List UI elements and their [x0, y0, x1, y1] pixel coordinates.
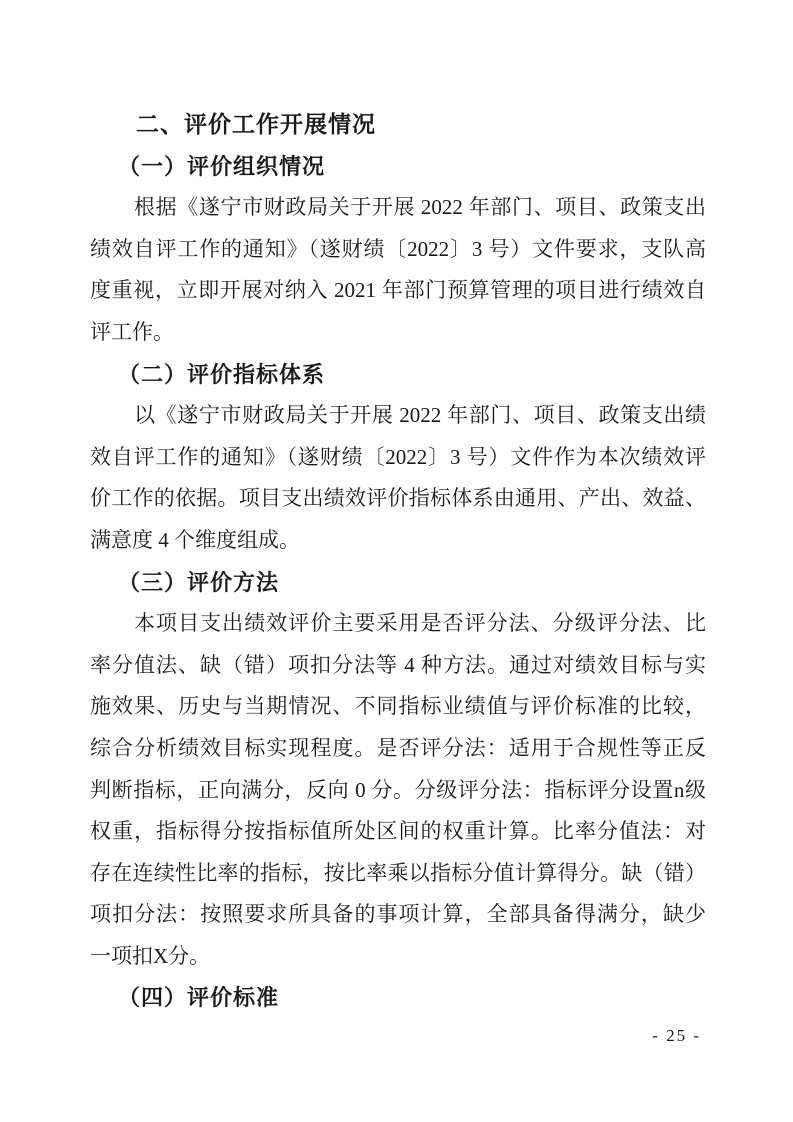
page-canvas: 二、评价工作开展情况（一）评价组织情况根据《遂宁市财政局关于开展 2022 年部… — [0, 0, 793, 1122]
body-text-line: 项扣分法：按照要求所具备的事项计算，全部具备得满分，缺少 — [90, 894, 706, 936]
body-text-line: 施效果、历史与当期情况、不同指标业绩值与评价标准的比较， — [90, 686, 706, 728]
body-text-line: 根据《遂宁市财政局关于开展 2022 年部门、项目、政策支出 — [90, 187, 706, 229]
body-text-line: 价工作的依据。项目支出绩效评价指标体系由通用、产出、效益、 — [90, 478, 706, 520]
body-text-line: 绩效自评工作的通知》（遂财绩〔2022〕3 号）文件要求，支队高 — [90, 229, 706, 271]
body-text-line: 本项目支出绩效评价主要采用是否评分法、分级评分法、比 — [90, 603, 706, 645]
subsection-heading: （三）评价方法 — [90, 562, 706, 604]
section-heading: 二、评价工作开展情况 — [90, 104, 706, 146]
body-text-line: 一项扣X分。 — [90, 936, 706, 978]
subsection-heading: （一）评价组织情况 — [90, 146, 706, 188]
body-text-line: 以《遂宁市财政局关于开展 2022 年部门、项目、政策支出绩 — [90, 395, 706, 437]
document-page: { "page": { "background": "#ffffff", "te… — [0, 0, 793, 1122]
page-number: - 25 - — [652, 1026, 701, 1046]
body-text-line: 度重视，立即开展对纳入 2021 年部门预算管理的项目进行绩效自 — [90, 270, 706, 312]
subsection-heading: （四）评价标准 — [90, 977, 706, 1019]
body-text-line: 率分值法、缺（错）项扣分法等 4 种方法。通过对绩效目标与实 — [90, 645, 706, 687]
body-text-line: 综合分析绩效目标实现程度。是否评分法：适用于合规性等正反 — [90, 728, 706, 770]
body-text-line: 判断指标，正向满分，反向 0 分。分级评分法：指标评分设置n级 — [90, 770, 706, 812]
body-text-line: 评工作。 — [90, 312, 706, 354]
body-text-line: 权重，指标得分按指标值所处区间的权重计算。比率分值法：对 — [90, 811, 706, 853]
body-text-line: 存在连续性比率的指标，按比率乘以指标分值计算得分。缺（错） — [90, 853, 706, 895]
text-block: 二、评价工作开展情况（一）评价组织情况根据《遂宁市财政局关于开展 2022 年部… — [90, 104, 706, 1019]
body-text-line: 效自评工作的通知》（遂财绩〔2022〕3 号）文件作为本次绩效评 — [90, 437, 706, 479]
subsection-heading: （二）评价指标体系 — [90, 354, 706, 396]
body-text-line: 满意度 4 个维度组成。 — [90, 520, 706, 562]
